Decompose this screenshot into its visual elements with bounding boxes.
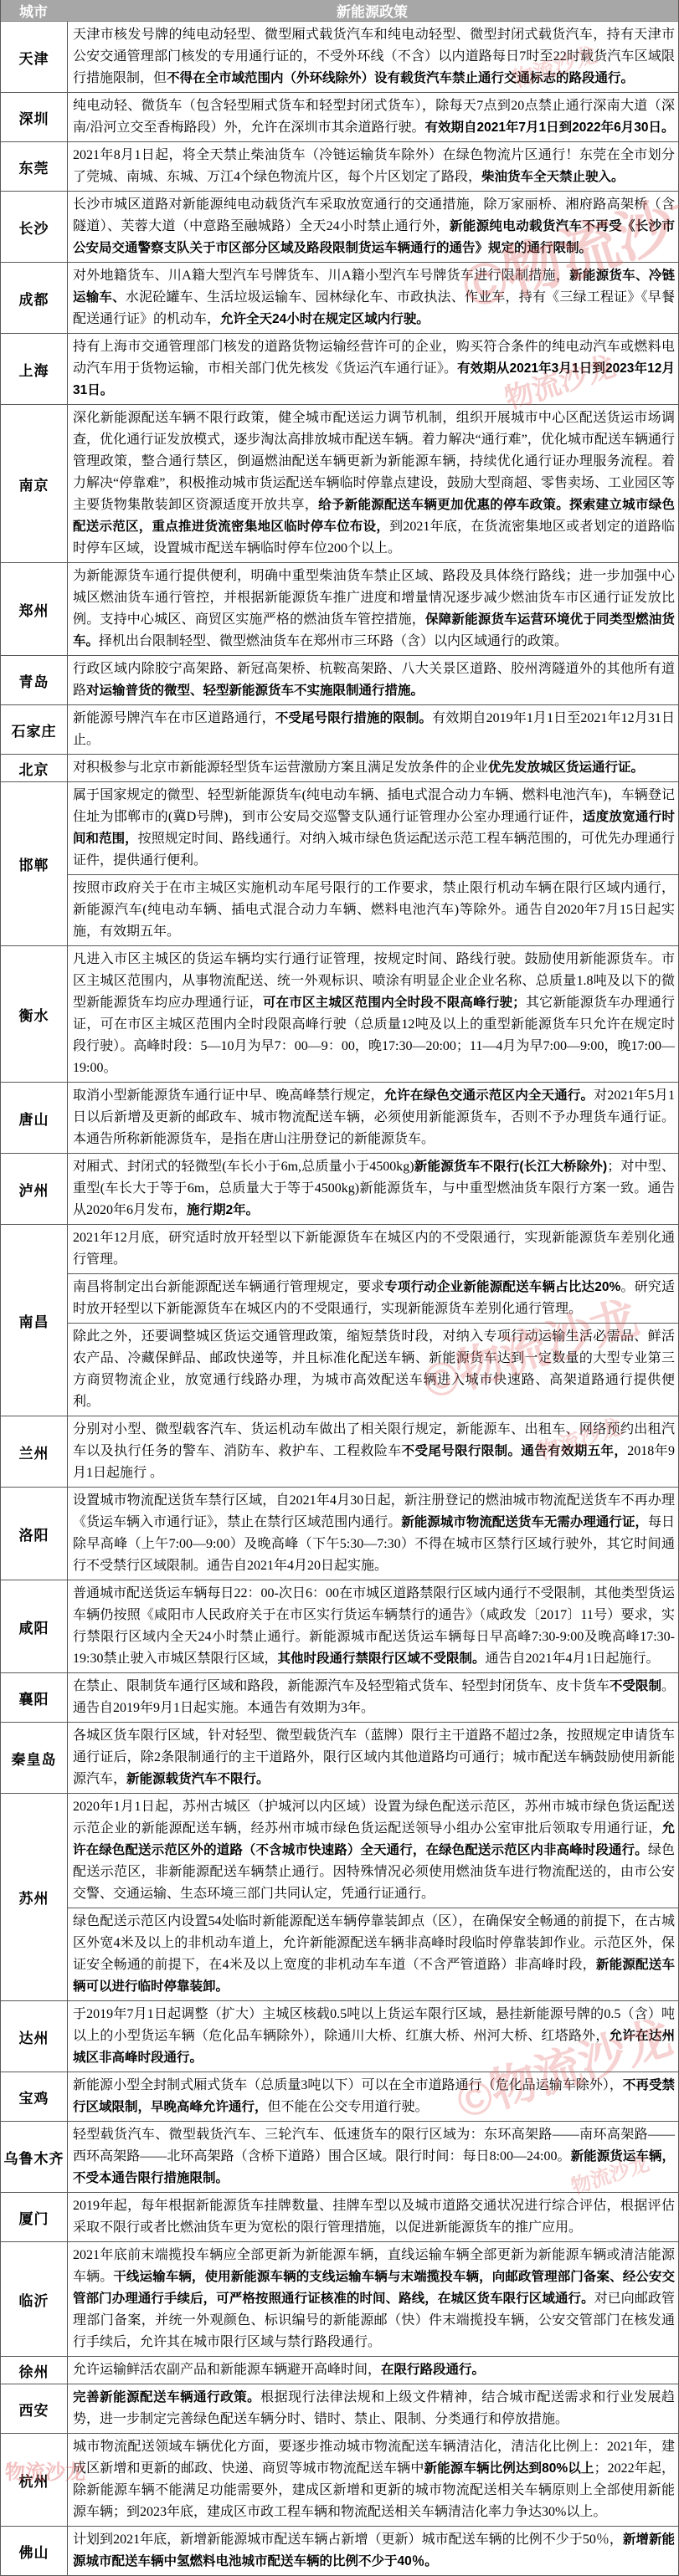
policy-text: 按照市政府关于在市主城区实施机动车尾号限行的工作要求，禁止限行机动车辆在限行区域… xyxy=(68,874,678,945)
city-name: 佛山 xyxy=(1,2527,68,2575)
policy-cells: 城市物流配送领域车辆优化方面，要逐步推动城市物流配送车辆清洁化，清洁化比例上：2… xyxy=(68,2434,678,2526)
policy-text: 允许运输鲜活农副产品和新能源车辆避开高峰时间，在限行路段通行。 xyxy=(68,2357,678,2384)
city-name: 临沂 xyxy=(1,2242,68,2356)
policy-cells: 对外地籍货车、川A籍大型汽车号牌货车、川A籍小型汽车号牌货车进行限制措施，新能源… xyxy=(68,263,678,333)
table-row: 咸阳普通城市配送货运车辆每日22：00-次日6：00在市城区道路禁限行区域内通行… xyxy=(1,1580,678,1672)
policy-cells: 2019年起，每年根据新能源货车挂牌数量、挂牌车型以及城市道路交通状况进行综合评… xyxy=(68,2193,678,2241)
city-name: 泸州 xyxy=(1,1154,68,1224)
policy-cells: 设置城市物流配送货车禁行区域，自2021年4月30日起，新注册登记的燃油城市物流… xyxy=(68,1488,678,1580)
policy-bold-segment: 不受尾号限行措施的限制。 xyxy=(275,711,432,725)
policy-segment: 2021年12月底，研究适时放开轻型以下新能源货车在城区内的不受限通行，实现新能… xyxy=(73,1231,675,1267)
policy-bold-segment: 干线运输车辆，使用新能源车辆的支线运输车辆与末端揽投车辆，向邮政管理部门备案、经… xyxy=(73,2270,675,2306)
policy-cells: 属于国家规定的微型、轻型新能源货车(纯电动车辆、插电式混合动力车辆、燃料电池汽车… xyxy=(68,782,678,945)
policy-text: 新能源号牌汽车在市区道路通行，不受尾号限行措施的限制。有效期自2019年1月1日… xyxy=(68,705,678,754)
table-row: 东莞2021年8月1日起，将全天禁止柴油货车（冷链运输货车除外）在绿色物流片区通… xyxy=(1,141,678,191)
policy-segment: 对积极参与北京市新能源轻型货车运营激励方案且满足发放条件的企业 xyxy=(73,761,488,775)
table-row: 宝鸡新能源小型全封制式厢式货车（总质量3吨以下）可以在全市道路通行（危化品运输车… xyxy=(1,2072,678,2121)
policy-cells: 新能源号牌汽车在市区道路通行，不受尾号限行措施的限制。有效期自2019年1月1日… xyxy=(68,705,678,754)
header-policy: 新能源政策 xyxy=(66,0,678,21)
policy-text: 轻型载货汽车、微型载货汽车、三轮汽车、低速货车的限行区域为：东环高架路——南环高… xyxy=(68,2122,678,2192)
table-row: 徐州允许运输鲜活农副产品和新能源车辆避开高峰时间，在限行路段通行。 xyxy=(1,2356,678,2384)
table-row: 兰州分别对小型、微型载客汽车、货运机动车做出了相关限行规定，新能源车、出租车、网… xyxy=(1,1416,678,1487)
city-name: 洛阳 xyxy=(1,1488,68,1580)
city-name: 唐山 xyxy=(1,1083,68,1153)
policy-text: 纯电动轻、微货车（包含轻型厢式货车和轻型封闭式货车），除每天7点到20点禁止通行… xyxy=(68,93,678,141)
policy-segment: 新能源小型全封制式厢式货车（总质量3吨以下）可以在全市道路通行（危化品运输车除外… xyxy=(73,2078,623,2092)
policy-cells: 允许运输鲜活农副产品和新能源车辆避开高峰时间，在限行路段通行。 xyxy=(68,2357,678,2384)
city-name: 西安 xyxy=(1,2384,68,2433)
policy-cells: 长沙市城区道路对新能源纯电动载货汽车采取放宽通行的交通措施，除万家丽桥、湘府路高… xyxy=(68,192,678,262)
policy-text: 计划到2021年底，新增新能源城市配送车辆占新增（更新）城市配送车辆的比例不少于… xyxy=(68,2527,678,2575)
policy-text: 于2019年7月1日起调整（扩大）主城区核载0.5吨以上货运车限行区域，悬挂新能… xyxy=(68,2001,678,2072)
table-row: 泸州对厢式、封闭式的轻微型(车长小于6m,总质量小于4500kg)新能源货车不限… xyxy=(1,1153,678,1224)
header-city: 城市 xyxy=(1,0,66,21)
table-row: 石家庄新能源号牌汽车在市区道路通行，不受尾号限行措施的限制。有效期自2019年1… xyxy=(1,704,678,754)
policy-text: 设置城市物流配送货车禁行区域，自2021年4月30日起，新注册登记的燃油城市物流… xyxy=(68,1488,678,1580)
table-row: 南昌2021年12月底，研究适时放开轻型以下新能源货车在城区内的不受限通行，实现… xyxy=(1,1224,678,1416)
policy-text: 取消小型新能源货车通行证中早、晚高峰禁行规定，允许在绿色交通示范区内全天通行。对… xyxy=(68,1083,678,1153)
city-name: 南京 xyxy=(1,405,68,562)
policy-bold-segment: 优先发放城区货运通行证。 xyxy=(488,761,644,775)
policy-segment: 择机出台限制轻型、微型燃油货车在郑州市三环路（含）以内区域通行的政策。 xyxy=(99,634,568,648)
policy-bold-segment: 专项行动企业新能源配送车辆占比达20% xyxy=(384,1280,620,1294)
policy-segment: 通告自2021年4月1日起施行。 xyxy=(485,1652,659,1666)
policy-segment: 对厢式、封闭式的轻微型(车长小于6m,总质量小于4500kg) xyxy=(73,1160,414,1174)
policy-bold-segment: 新能源货车不限行(长江大桥除外) xyxy=(414,1160,608,1174)
policy-text: 普通城市配送货运车辆每日22：00-次日6：00在市城区道路禁限行区域内通行不受… xyxy=(68,1580,678,1672)
city-name: 石家庄 xyxy=(1,705,68,754)
table-header: 城市 新能源政策 xyxy=(1,0,678,22)
table-row: 厦门2019年起，每年根据新能源货车挂牌数量、挂牌车型以及城市道路交通状况进行综… xyxy=(1,2192,678,2241)
policy-cells: 天津市核发号牌的纯电动轻型、微型厢式载货汽车和纯电动轻型、微型封闭式载货汽车，持… xyxy=(68,22,678,92)
policy-segment: 新能源号牌汽车在市区道路通行， xyxy=(73,711,275,725)
city-name: 乌鲁木齐 xyxy=(1,2122,68,2192)
policy-text: 属于国家规定的微型、轻型新能源货车(纯电动车辆、插电式混合动力车辆、燃料电池汽车… xyxy=(68,782,678,874)
city-name: 厦门 xyxy=(1,2193,68,2241)
policy-text: 深化新能源配送车辆不限行政策，健全城市配送运力调节机制，组织开展城市中心区配送货… xyxy=(68,405,678,562)
policy-cells: 在禁止、限制货车通行区域和路段，新能源汽车及轻型箱式货车、轻型封闭货车、皮卡货车… xyxy=(68,1673,678,1722)
policy-segment: 南昌将制定出台新能源配送车辆通行管理规定，要求 xyxy=(73,1280,384,1294)
city-name: 上海 xyxy=(1,334,68,404)
policy-segment: 但不能在公交专用道行驶。 xyxy=(268,2100,429,2114)
policy-segment: 计划到2021年底，新增新能源城市配送车辆占新增（更新）城市配送车辆的比例不少于… xyxy=(73,2532,623,2547)
policy-cells: 凡进入市区主城区的货运车辆均实行通行证管理，按规定时间、路线行驶。鼓励使用新能源… xyxy=(68,946,678,1082)
policy-cells: 对积极参与北京市新能源轻型货车运营激励方案且满足发放条件的企业优先发放城区货运通… xyxy=(68,755,678,781)
policy-bold-segment: 不受尾号限行限制。通告有效期五年， xyxy=(402,1444,628,1458)
policy-bold-segment: 柴油货车全天禁止驶入。 xyxy=(481,170,625,184)
policy-bold-segment: 在限行路段通行。 xyxy=(381,2363,485,2377)
policy-segment: 于2019年7月1日起调整（扩大）主城区核载0.5吨以上货运车限行区域，悬挂新能… xyxy=(73,2007,675,2043)
city-name: 深圳 xyxy=(1,93,68,141)
city-name: 徐州 xyxy=(1,2357,68,2384)
city-name: 长沙 xyxy=(1,192,68,262)
city-name: 杭州 xyxy=(1,2434,68,2526)
table-row: 上海持有上海市交通管理部门核发的道路货物运输经营许可的企业，购买符合条件的纯电动… xyxy=(1,333,678,404)
city-name: 东莞 xyxy=(1,142,68,191)
policy-cells: 轻型载货汽车、微型载货汽车、三轮汽车、低速货车的限行区域为：东环高架路——南环高… xyxy=(68,2122,678,2192)
policy-cells: 行政区域内除胶宁高架路、新冠高架桥、杭鞍高架路、八大关景区道路、胶州湾隧道外的其… xyxy=(68,656,678,704)
policy-bold-segment: 新能源载货汽车不限行。 xyxy=(126,1772,270,1786)
policy-text: 2021年12月底，研究适时放开轻型以下新能源货车在城区内的不受限通行，实现新能… xyxy=(68,1225,678,1273)
policy-bold-segment: 完善新能源配送车辆通行政策。 xyxy=(73,2390,260,2404)
table-row: 南京深化新能源配送车辆不限行政策，健全城市配送运力调节机制，组织开展城市中心区配… xyxy=(1,404,678,562)
policy-text: 城市物流配送领域车辆优化方面，要逐步推动城市物流配送车辆清洁化，清洁化比例上：2… xyxy=(68,2434,678,2526)
table-row: 佛山计划到2021年底，新增新能源城市配送车辆占新增（更新）城市配送车辆的比例不… xyxy=(1,2526,678,2575)
policy-text: 2020年1月1日起，苏州古城区（护城河以内区域）设置为绿色配送示范区，苏州市城… xyxy=(68,1794,678,1908)
table-row: 天津天津市核发号牌的纯电动轻型、微型厢式载货汽车和纯电动轻型、微型封闭式载货汽车… xyxy=(1,22,678,92)
policy-table: 城市 新能源政策 天津天津市核发号牌的纯电动轻型、微型厢式载货汽车和纯电动轻型、… xyxy=(0,0,679,2576)
policy-segment: 2020年1月1日起，苏州古城区（护城河以内区域）设置为绿色配送示范区，苏州市城… xyxy=(73,1800,675,1836)
city-name: 成都 xyxy=(1,263,68,333)
city-name: 襄阳 xyxy=(1,1673,68,1722)
policy-segment: 取消小型新能源货车通行证中早、晚高峰禁行规定， xyxy=(73,1088,384,1103)
table-row: 杭州城市物流配送领域车辆优化方面，要逐步推动城市物流配送车辆清洁化，清洁化比例上… xyxy=(1,2433,678,2526)
policy-segment: 按照市政府关于在市主城区实施机动车尾号限行的工作要求，禁止限行机动车辆在限行区域… xyxy=(73,881,675,939)
table-row: 长沙长沙市城区道路对新能源纯电动载货汽车采取放宽通行的交通措施，除万家丽桥、湘府… xyxy=(1,191,678,262)
policy-text: 对积极参与北京市新能源轻型货车运营激励方案且满足发放条件的企业优先发放城区货运通… xyxy=(68,755,678,781)
table-row: 达州于2019年7月1日起调整（扩大）主城区核载0.5吨以上货运车限行区域，悬挂… xyxy=(1,2000,678,2072)
table-row: 北京对积极参与北京市新能源轻型货车运营激励方案且满足发放条件的企业优先发放城区货… xyxy=(1,754,678,781)
table-row: 西安完善新能源配送车辆通行政策。根据现行法律法规和上级文件精神，结合城市配送需求… xyxy=(1,2384,678,2433)
policy-cells: 完善新能源配送车辆通行政策。根据现行法律法规和上级文件精神，结合城市配送需求和行… xyxy=(68,2384,678,2433)
city-name: 南昌 xyxy=(1,1225,68,1416)
policy-text: 分别对小型、微型载客汽车、货运机动车做出了相关限行规定，新能源车、出租车、网络预… xyxy=(68,1416,678,1487)
policy-segment: 允许运输鲜活农副产品和新能源车辆避开高峰时间， xyxy=(73,2363,381,2377)
city-name: 咸阳 xyxy=(1,1580,68,1672)
policy-bold-segment: 其他时段通行禁限行区域不受限制。 xyxy=(277,1652,485,1666)
city-name: 达州 xyxy=(1,2001,68,2072)
policy-text: 2021年8月1日起，将全天禁止柴油货车（冷链运输货车除外）在绿色物流片区通行！… xyxy=(68,142,678,191)
policy-segment: 在禁止、限制货车通行区域和路段，新能源汽车及轻型箱式货车、轻型封闭货车、皮卡货车 xyxy=(73,1679,610,1693)
policy-text: 长沙市城区道路对新能源纯电动载货汽车采取放宽通行的交通措施，除万家丽桥、湘府路高… xyxy=(68,192,678,262)
policy-text: 为新能源货车通行提供便利，明确中重型柴油货车禁止区域、路段及具体绕行路线；进一步… xyxy=(68,563,678,655)
policy-cells: 于2019年7月1日起调整（扩大）主城区核载0.5吨以上货运车限行区域，悬挂新能… xyxy=(68,2001,678,2072)
policy-text: 对外地籍货车、川A籍大型汽车号牌货车、川A籍小型汽车号牌货车进行限制措施，新能源… xyxy=(68,263,678,333)
policy-cells: 普通城市配送货运车辆每日22：00-次日6：00在市城区道路禁限行区域内通行不受… xyxy=(68,1580,678,1672)
policy-cells: 分别对小型、微型载客汽车、货运机动车做出了相关限行规定，新能源车、出租车、网络预… xyxy=(68,1416,678,1487)
policy-text: 2021年底前末端揽投车辆应全部更新为新能源车辆，直线运输车辆全部更新为新能源车… xyxy=(68,2242,678,2356)
policy-cells: 各城区货车限行区域，针对轻型、微型载货汽车（蓝牌）限行主干道路不超过2条，按照规… xyxy=(68,1723,678,1793)
city-name: 衡水 xyxy=(1,946,68,1082)
policy-cells: 2021年8月1日起，将全天禁止柴油货车（冷链运输货车除外）在绿色物流片区通行！… xyxy=(68,142,678,191)
policy-segment: 绿色配送示范区内设置54处临时新能源配送车辆停靠装卸点（区），在确保安全畅通的前… xyxy=(73,1914,675,1972)
city-name: 宝鸡 xyxy=(1,2072,68,2121)
city-name: 天津 xyxy=(1,22,68,92)
policy-text: 新能源小型全封制式厢式货车（总质量3吨以下）可以在全市道路通行（危化品运输车除外… xyxy=(68,2072,678,2121)
table-body: 天津天津市核发号牌的纯电动轻型、微型厢式载货汽车和纯电动轻型、微型封闭式载货汽车… xyxy=(1,22,678,2575)
policy-cells: 纯电动轻、微货车（包含轻型厢式货车和轻型封闭式货车），除每天7点到20点禁止通行… xyxy=(68,93,678,141)
policy-segment: 除此之外，还要调整城区货运交通管理政策，缩短禁货时段，对纳入专项行动运输生活必需… xyxy=(73,1329,675,1409)
policy-cells: 为新能源货车通行提供便利，明确中重型柴油货车禁止区域、路段及具体绕行路线；进一步… xyxy=(68,563,678,655)
city-name: 兰州 xyxy=(1,1416,68,1487)
table-row: 襄阳在禁止、限制货车通行区域和路段，新能源汽车及轻型箱式货车、轻型封闭货车、皮卡… xyxy=(1,1672,678,1722)
policy-bold-segment: 施行期2年。 xyxy=(187,1203,259,1217)
policy-segment: 按照规定时间、路线通行。对纳入城市绿色货运配送示范工程车辆范围的，可优先办理通行… xyxy=(73,832,675,868)
policy-text: 对厢式、封闭式的轻微型(车长小于6m,总质量小于4500kg)新能源货车不限行(… xyxy=(68,1154,678,1224)
policy-bold-segment: 新能源车辆比例达到80%以上 xyxy=(424,2461,594,2476)
table-row: 衡水凡进入市区主城区的货运车辆均实行通行证管理，按规定时间、路线行驶。鼓励使用新… xyxy=(1,945,678,1082)
policy-text: 各城区货车限行区域，针对轻型、微型载货汽车（蓝牌）限行主干道路不超过2条，按照规… xyxy=(68,1723,678,1793)
table-row: 秦皇岛各城区货车限行区域，针对轻型、微型载货汽车（蓝牌）限行主干道路不超过2条，… xyxy=(1,1722,678,1793)
policy-bold-segment: 对运输普货的微型、轻型新能源货车不实施限制通行措施。 xyxy=(86,684,424,698)
policy-bold-segment: 不受限制 xyxy=(610,1679,661,1693)
policy-text: 绿色配送示范区内设置54处临时新能源配送车辆停靠装卸点（区），在确保安全畅通的前… xyxy=(68,1908,678,2000)
table-row: 洛阳设置城市物流配送货车禁行区域，自2021年4月30日起，新注册登记的燃油城市… xyxy=(1,1487,678,1580)
table-row: 唐山取消小型新能源货车通行证中早、晚高峰禁行规定，允许在绿色交通示范区内全天通行… xyxy=(1,1082,678,1153)
policy-cells: 2020年1月1日起，苏州古城区（护城河以内区域）设置为绿色配送示范区，苏州市城… xyxy=(68,1794,678,2000)
city-name: 郑州 xyxy=(1,563,68,655)
table-row: 青岛行政区域内除胶宁高架路、新冠高架桥、杭鞍高架路、八大关景区道路、胶州湾隧道外… xyxy=(1,655,678,704)
policy-cells: 持有上海市交通管理部门核发的道路货物运输经营许可的企业，购买符合条件的纯电动汽车… xyxy=(68,334,678,404)
policy-cells: 2021年12月底，研究适时放开轻型以下新能源货车在城区内的不受限通行，实现新能… xyxy=(68,1225,678,1416)
table-row: 邯郸属于国家规定的微型、轻型新能源货车(纯电动车辆、插电式混合动力车辆、燃料电池… xyxy=(1,781,678,945)
policy-text: 凡进入市区主城区的货运车辆均实行通行证管理，按规定时间、路线行驶。鼓励使用新能源… xyxy=(68,946,678,1082)
city-name: 苏州 xyxy=(1,1794,68,2000)
policy-text: 持有上海市交通管理部门核发的道路货物运输经营许可的企业，购买符合条件的纯电动汽车… xyxy=(68,334,678,404)
policy-text: 南昌将制定出台新能源配送车辆通行管理规定，要求专项行动企业新能源配送车辆占比达2… xyxy=(68,1273,678,1323)
table-row: 乌鲁木齐轻型载货汽车、微型载货汽车、三轮汽车、低速货车的限行区域为：东环高架路—… xyxy=(1,2121,678,2192)
policy-text: 行政区域内除胶宁高架路、新冠高架桥、杭鞍高架路、八大关景区道路、胶州湾隧道外的其… xyxy=(68,656,678,704)
policy-bold-segment: 有效期自2021年7月1日到2022年6月30日。 xyxy=(424,120,674,135)
policy-text: 在禁止、限制货车通行区域和路段，新能源汽车及轻型箱式货车、轻型封闭货车、皮卡货车… xyxy=(68,1673,678,1722)
policy-text: 天津市核发号牌的纯电动轻型、微型厢式载货汽车和纯电动轻型、微型封闭式载货汽车，持… xyxy=(68,22,678,92)
policy-bold-segment: 可在市区主城区范围内全时段不限高峰行驶； xyxy=(263,996,526,1010)
policy-bold-segment: 不得在全市域范围内（外环线除外）设有载货汽车禁止通行交通标志的路段通行。 xyxy=(167,71,634,85)
policy-segment: 2019年起，每年根据新能源货车挂牌数量、挂牌车型以及城市道路交通状况进行综合评… xyxy=(73,2199,675,2235)
policy-bold-segment: 新能源城市物流配送货车无需办理通行证， xyxy=(401,1515,648,1529)
city-name: 秦皇岛 xyxy=(1,1723,68,1793)
table-row: 成都对外地籍货车、川A籍大型汽车号牌货车、川A籍小型汽车号牌货车进行限制措施，新… xyxy=(1,262,678,333)
policy-bold-segment: 允许全天24小时在规定区域内行驶。 xyxy=(220,312,430,326)
policy-segment: 对外地籍货车、川A籍大型汽车号牌货车、川A籍小型汽车号牌货车进行限制措施， xyxy=(73,269,569,283)
city-name: 邯郸 xyxy=(1,782,68,945)
policy-cells: 新能源小型全封制式厢式货车（总质量3吨以下）可以在全市道路通行（危化品运输车除外… xyxy=(68,2072,678,2121)
table-row: 郑州为新能源货车通行提供便利，明确中重型柴油货车禁止区域、路段及具体绕行路线；进… xyxy=(1,562,678,655)
policy-text: 完善新能源配送车辆通行政策。根据现行法律法规和上级文件精神，结合城市配送需求和行… xyxy=(68,2384,678,2433)
policy-segment: 深化新能源配送车辆不限行政策，健全城市配送运力调节机制，组织开展城市中心区配送货… xyxy=(73,411,675,512)
policy-cells: 取消小型新能源货车通行证中早、晚高峰禁行规定，允许在绿色交通示范区内全天通行。对… xyxy=(68,1083,678,1153)
policy-cells: 深化新能源配送车辆不限行政策，健全城市配送运力调节机制，组织开展城市中心区配送货… xyxy=(68,405,678,562)
city-name: 青岛 xyxy=(1,656,68,704)
policy-cells: 2021年底前末端揽投车辆应全部更新为新能源车辆，直线运输车辆全部更新为新能源车… xyxy=(68,2242,678,2356)
table-row: 深圳纯电动轻、微货车（包含轻型厢式货车和轻型封闭式货车），除每天7点到20点禁止… xyxy=(1,92,678,141)
table-row: 临沂2021年底前末端揽投车辆应全部更新为新能源车辆，直线运输车辆全部更新为新能… xyxy=(1,2241,678,2356)
table-row: 苏州2020年1月1日起，苏州古城区（护城河以内区域）设置为绿色配送示范区，苏州… xyxy=(1,1793,678,2000)
policy-text: 2019年起，每年根据新能源货车挂牌数量、挂牌车型以及城市道路交通状况进行综合评… xyxy=(68,2193,678,2241)
policy-text: 除此之外，还要调整城区货运交通管理政策，缩短禁货时段，对纳入专项行动运输生活必需… xyxy=(68,1323,678,1416)
policy-bold-segment: 允许在绿色交通示范区内全天通行。 xyxy=(384,1088,594,1103)
policy-cells: 计划到2021年底，新增新能源城市配送车辆占新增（更新）城市配送车辆的比例不少于… xyxy=(68,2527,678,2575)
city-name: 北京 xyxy=(1,755,68,781)
policy-cells: 对厢式、封闭式的轻微型(车长小于6m,总质量小于4500kg)新能源货车不限行(… xyxy=(68,1154,678,1224)
